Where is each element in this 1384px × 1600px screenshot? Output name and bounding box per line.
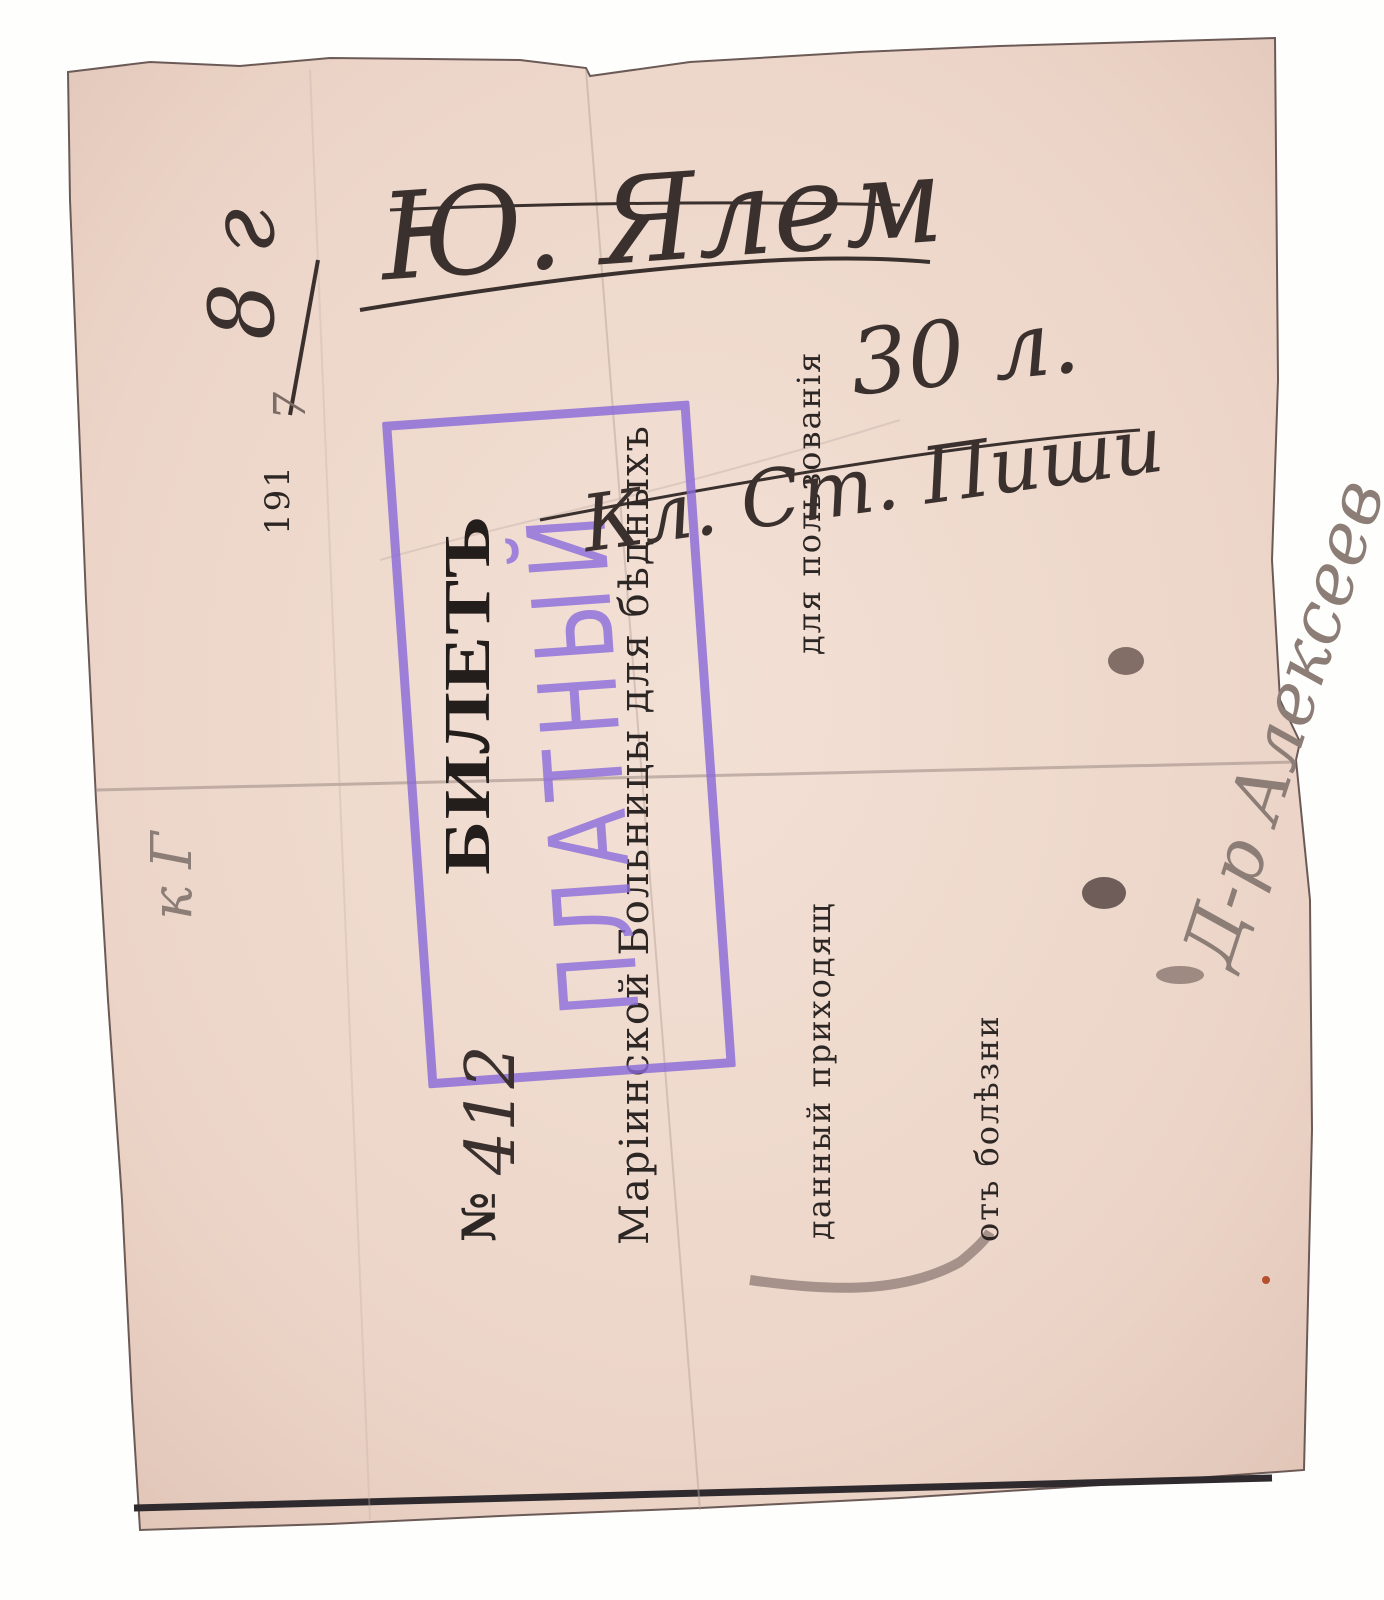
handwritten-date: 8 г [190,209,295,340]
year-prefix: 191 [258,464,298,535]
handwritten-ticket-number: 412 [452,1045,531,1175]
handwritten-side-note: к Г [140,832,205,920]
number-sign: № [452,1192,506,1242]
handwritten-year-suffix: 7 [265,392,316,420]
